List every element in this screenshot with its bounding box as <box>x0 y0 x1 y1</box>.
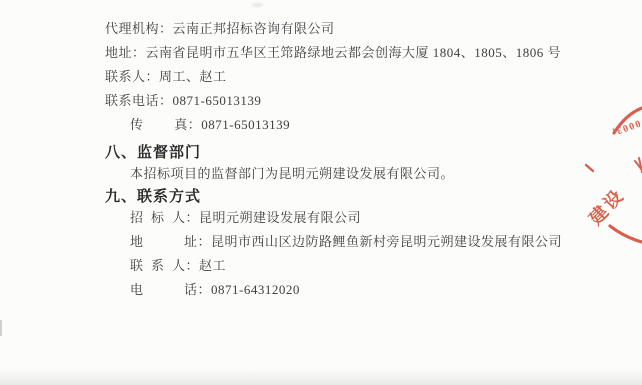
agency-address-row: 地址：云南省昆明市五华区王筇路绿地云都会创海大厦 1804、1805、1806 … <box>105 44 561 61</box>
field-value: 0871-65013139 <box>201 117 290 132</box>
tenderer-contact-row: 联 系 人：赵工 <box>130 257 226 274</box>
supervision-body: 本招标项目的监督部门为昆明元朔建设发展有限公司。 <box>130 165 454 182</box>
agency-fax-row: 传 真：0871-65013139 <box>130 116 290 133</box>
seal-edge-glyph-fragment <box>635 158 642 172</box>
seal-ring-arc-bottom <box>610 226 642 242</box>
field-value: 0871-64312020 <box>211 282 300 297</box>
agency-contact-row: 联系人：周工、赵工 <box>105 68 227 85</box>
seal-glyphs-text: 建设 <box>585 184 629 229</box>
field-label: 联系电话： <box>105 93 173 108</box>
field-label: 联 系 人： <box>130 258 199 273</box>
agency-phone-row: 联系电话：0871-65013139 <box>105 92 261 109</box>
field-label: 地 址： <box>130 234 211 249</box>
field-label: 代理机构： <box>105 21 173 36</box>
field-value: 云南正邦招标咨询有限公司 <box>173 21 335 36</box>
scan-smudge <box>252 3 263 7</box>
field-label: 传 真： <box>130 117 201 132</box>
field-value: 昆明市西山区边防路鲤鱼新村旁昆明元朔建设发展有限公司 <box>211 234 562 249</box>
field-value: 昆明元朔建设发展有限公司 <box>199 210 361 225</box>
section-heading-contact: 九、联系方式 <box>105 185 201 206</box>
field-value: 云南省昆明市五华区王筇路绿地云都会创海大厦 1804、1805、1806 号 <box>146 45 562 60</box>
tenderer-row: 招 标 人：昆明元朔建设发展有限公司 <box>130 209 361 226</box>
field-value: 周工、赵工 <box>159 69 227 84</box>
red-seal-stamp: 0003, 建设 <box>584 95 642 255</box>
field-value: 赵工 <box>199 258 226 273</box>
field-value: 0871-65013139 <box>173 93 262 108</box>
tenderer-phone-row: 电 话：0871-64312020 <box>130 281 300 298</box>
seal-tick-mark <box>586 165 593 171</box>
field-label: 地址： <box>105 45 146 60</box>
document-page: 代理机构：云南正邦招标咨询有限公司 地址：云南省昆明市五华区王筇路绿地云都会创海… <box>0 0 642 385</box>
field-label: 招 标 人： <box>130 210 199 225</box>
field-label: 联系人： <box>105 69 159 84</box>
section-heading-supervision: 八、监督部门 <box>105 141 201 162</box>
agency-name-row: 代理机构：云南正邦招标咨询有限公司 <box>105 20 335 37</box>
tenderer-address-row: 地 址：昆明市西山区边防路鲤鱼新村旁昆明元朔建设发展有限公司 <box>130 233 562 250</box>
scan-bottom-shadow <box>0 369 642 385</box>
scan-edge-artifact <box>0 320 2 336</box>
field-label: 电 话： <box>130 282 211 297</box>
